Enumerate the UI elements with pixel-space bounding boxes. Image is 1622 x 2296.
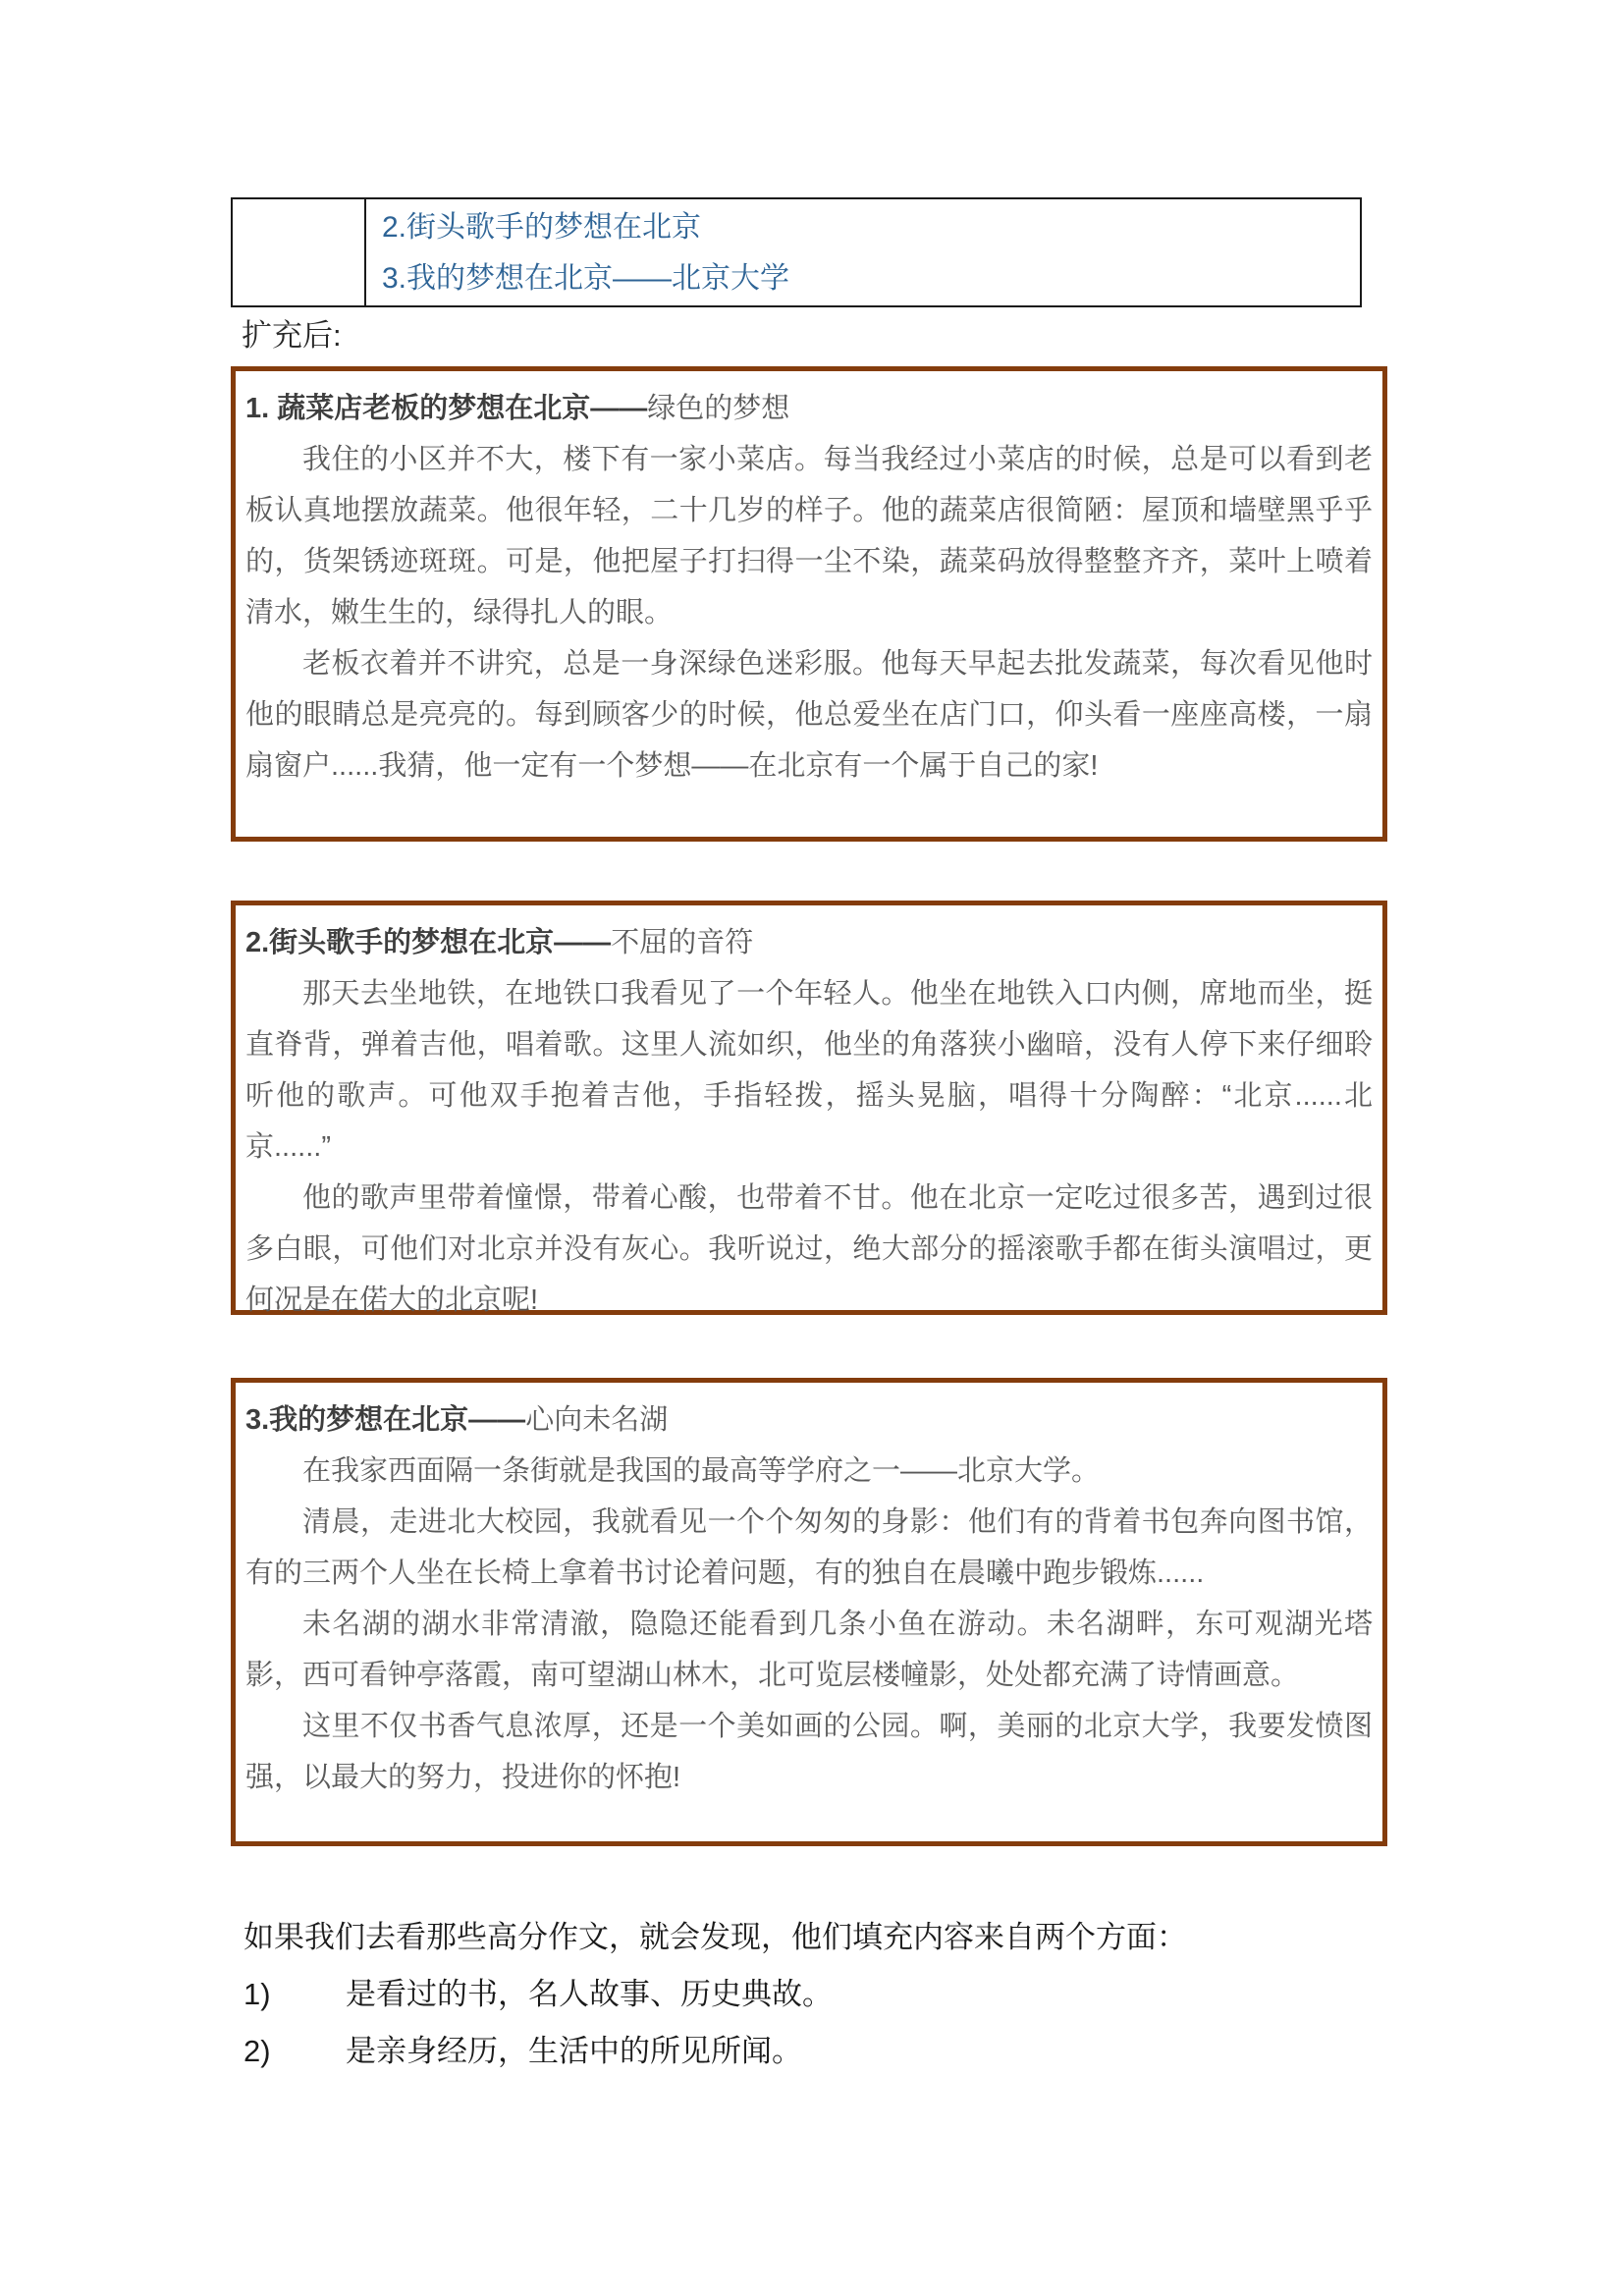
essay-2-paragraph: 那天去坐地铁，在地铁口我看见了一个年轻人。他坐在地铁入口内侧，席地而坐，挺直脊背… [245,968,1373,1173]
essay-1-title-bold: 1. 蔬菜店老板的梦想在北京—— [245,393,647,424]
essay-3-title-bold: 3.我的梦想在北京—— [245,1404,525,1436]
essay-1-title: 1. 蔬菜店老板的梦想在北京——绿色的梦想 [245,383,1373,434]
essay-3-paragraph: 在我家西面隔一条街就是我国的最高等学府之一——北京大学。 [245,1446,1373,1497]
document-page: 2.街头歌手的梦想在北京 3.我的梦想在北京——北京大学 扩充后: 1. 蔬菜店… [0,0,1622,2296]
essay-3-paragraph: 未名湖的湖水非常清澈，隐隐还能看到几条小鱼在游动。未名湖畔，东可观湖光塔影，西可… [245,1599,1373,1701]
closing-item-2-number: 2) [243,2023,346,2080]
essay-1-paragraph: 我住的小区并不大，楼下有一家小菜店。每当我经过小菜店的时候，总是可以看到老板认真… [245,434,1373,638]
closing-item-1: 1) 是看过的书，名人故事、历史典故。 [243,1966,1392,2023]
closing-item-2-text: 是亲身经历，生活中的所见所闻。 [346,2023,1392,2080]
essay-3-paragraph: 清晨，走进北大校园，我就看见一个个匆匆的身影：他们有的背着书包奔向图书馆，有的三… [245,1497,1373,1599]
essay-2-title-bold: 2.街头歌手的梦想在北京—— [245,927,611,958]
outline-table: 2.街头歌手的梦想在北京 3.我的梦想在北京——北京大学 [231,197,1362,307]
essay-1-paragraph: 老板衣着并不讲究，总是一身深绿色迷彩服。他每天早起去批发蔬菜，每次看见他时他的眼… [245,638,1373,792]
essay-2-paragraph: 他的歌声里带着憧憬，带着心酸，也带着不甘。他在北京一定吃过很多苦，遇到过很多白眼… [245,1173,1373,1326]
closing-item-1-text: 是看过的书，名人故事、历史典故。 [346,1966,1392,2023]
expanded-label: 扩充后: [242,316,342,355]
essay-3-title: 3.我的梦想在北京——心向未名湖 [245,1394,1373,1446]
essay-2-title-subtitle: 不屈的音符 [611,927,753,958]
outline-table-titles-cell: 2.街头歌手的梦想在北京 3.我的梦想在北京——北京大学 [366,199,1360,305]
essay-2-title: 2.街头歌手的梦想在北京——不屈的音符 [245,917,1373,968]
essay-box-1: 1. 蔬菜店老板的梦想在北京——绿色的梦想 我住的小区并不大，楼下有一家小菜店。… [231,366,1387,842]
essay-box-2: 2.街头歌手的梦想在北京——不屈的音符 那天去坐地铁，在地铁口我看见了一个年轻人… [231,901,1387,1315]
closing-item-1-number: 1) [243,1966,346,2023]
essay-1-title-subtitle: 绿色的梦想 [647,393,789,424]
outline-item-3: 3.我的梦想在北京——北京大学 [382,253,1354,304]
closing-section: 如果我们去看那些高分作文，就会发现，他们填充内容来自两个方面： 1) 是看过的书… [243,1909,1392,2080]
closing-intro: 如果我们去看那些高分作文，就会发现，他们填充内容来自两个方面： [243,1909,1392,1966]
essay-3-title-subtitle: 心向未名湖 [525,1404,668,1436]
essay-3-paragraph: 这里不仅书香气息浓厚，还是一个美如画的公园。啊，美丽的北京大学，我要发愤图强，以… [245,1701,1373,1803]
closing-item-2: 2) 是亲身经历，生活中的所见所闻。 [243,2023,1392,2080]
essay-box-3: 3.我的梦想在北京——心向未名湖 在我家西面隔一条街就是我国的最高等学府之一——… [231,1378,1387,1846]
outline-item-2: 2.街头歌手的梦想在北京 [382,202,1354,253]
outline-table-empty-cell [233,199,366,305]
